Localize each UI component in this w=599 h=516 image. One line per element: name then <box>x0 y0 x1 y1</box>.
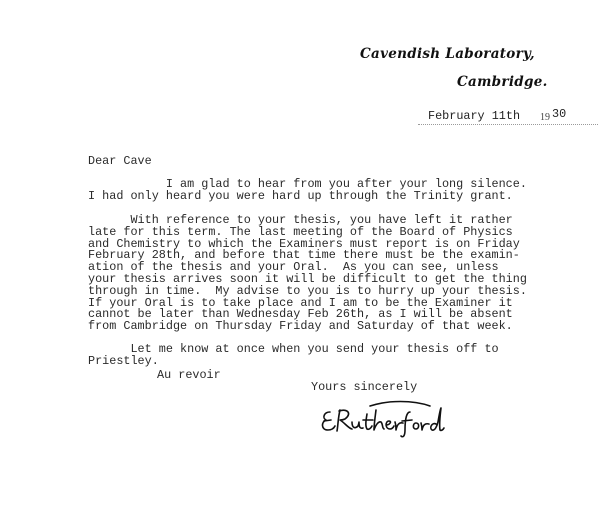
salutation: Dear Cave <box>88 156 152 168</box>
handwritten-signature-icon <box>318 398 468 438</box>
body-line: Priestley. <box>88 356 499 368</box>
letter-page: Cavendish Laboratory, Cambridge. Februar… <box>0 0 599 516</box>
letterhead-institution: Cavendish Laboratory, <box>360 46 535 62</box>
date-line: February 11th 19 30 <box>418 108 598 125</box>
date-year-prefix: 19 <box>540 112 550 123</box>
paragraph-1: I am glad to hear from you after your lo… <box>88 179 527 203</box>
letterhead-city: Cambridge. <box>457 74 548 90</box>
paragraph-2: With reference to your thesis, you have … <box>88 215 527 333</box>
signoff: Yours sincerely <box>311 382 417 394</box>
date-month-day: February 11th <box>428 109 520 123</box>
body-line: I had only heard you were hard up throug… <box>88 191 527 203</box>
closing: Au revoir <box>157 370 221 382</box>
paragraph-3: Let me know at once when you send your t… <box>88 344 499 368</box>
date-year: 30 <box>552 107 566 121</box>
body-line: from Cambridge on Thursday Friday and Sa… <box>88 321 527 333</box>
